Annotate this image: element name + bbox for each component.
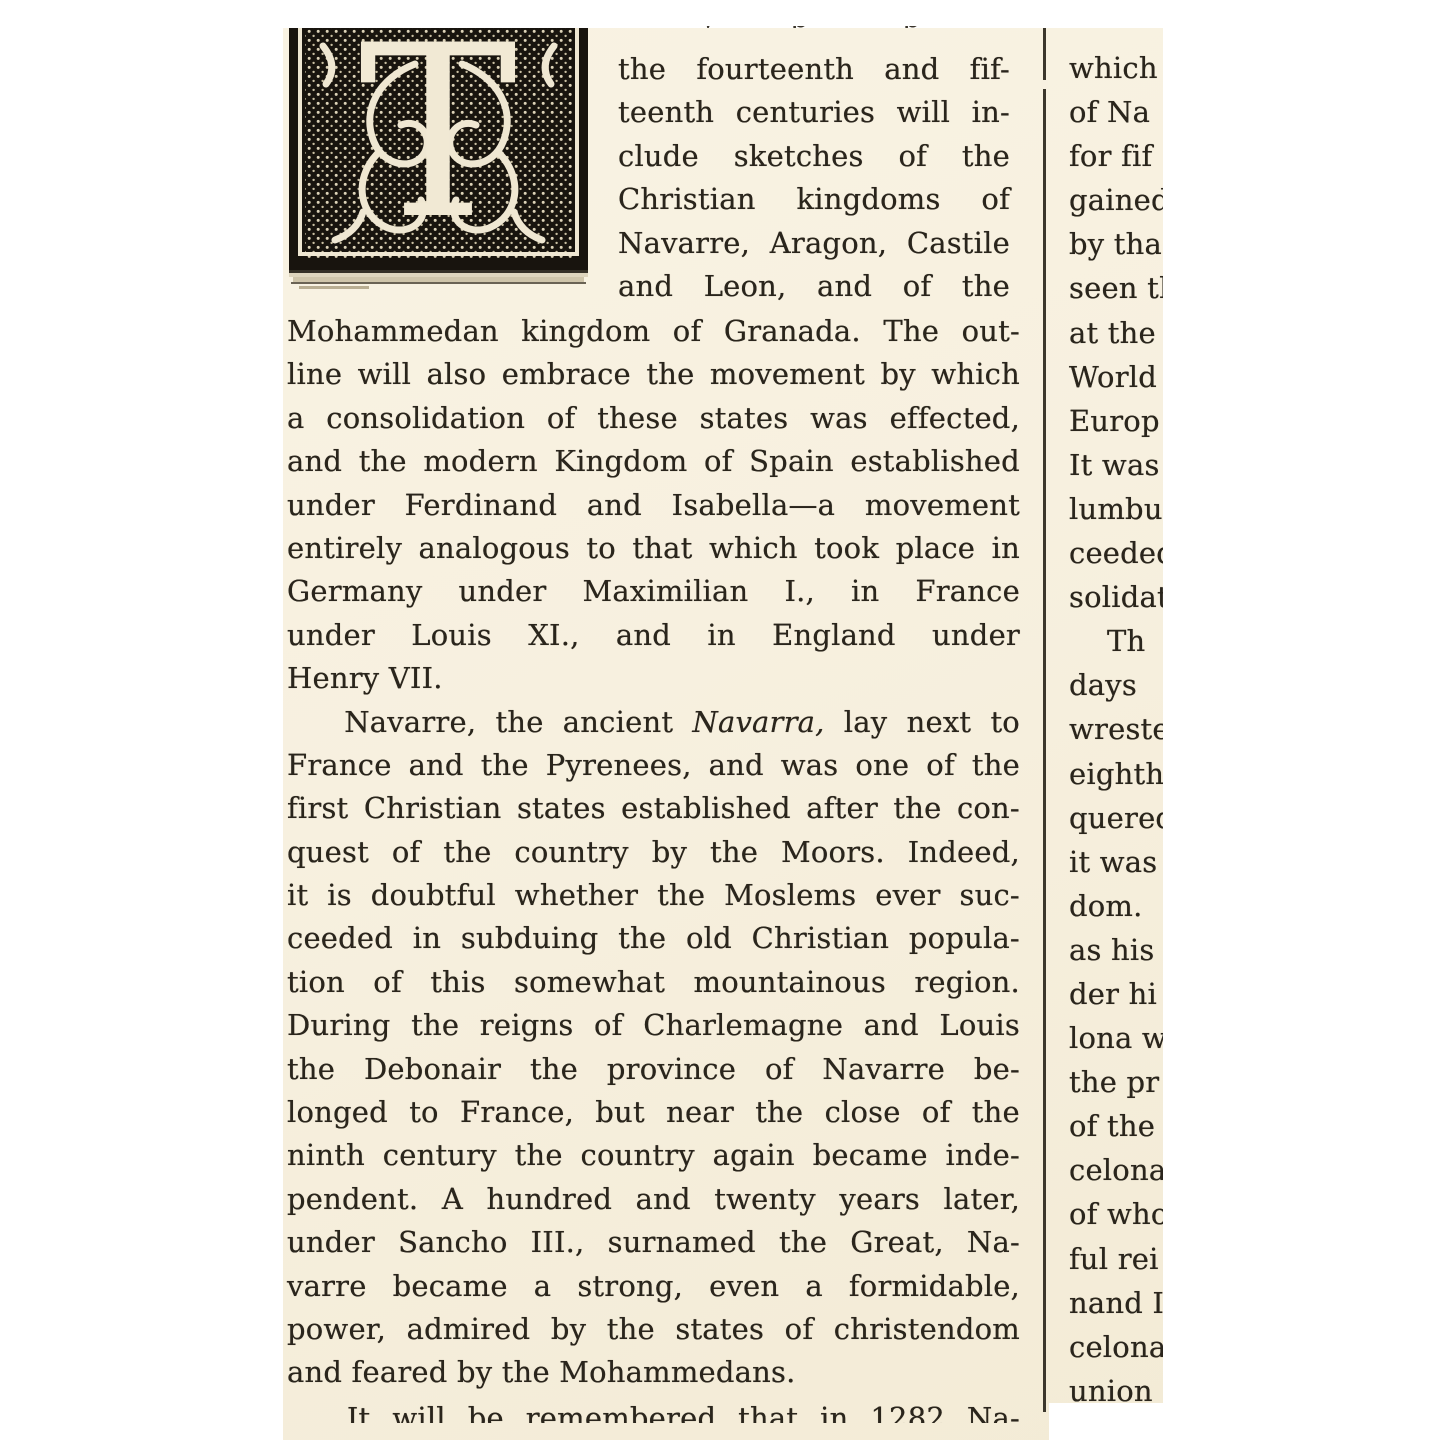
text-line: by tha	[1069, 222, 1163, 266]
drop-cap-letter: T	[359, 28, 518, 272]
text-line: lona w	[1069, 1016, 1163, 1060]
text-line: underFerdinandandIsabella—amovement	[287, 484, 1020, 527]
text-line: tionofthissomewhatmountainousregion.	[287, 961, 1020, 1004]
text-line: It was	[1069, 443, 1163, 487]
text-line: of the	[1069, 1104, 1163, 1148]
text-line: Navarre,theancientNavarra,laynextto	[287, 701, 1020, 744]
text-line: MohammedankingdomofGranada.Theout-	[287, 310, 1020, 353]
text-line: ceeded	[1069, 531, 1163, 575]
text-line: for fif	[1069, 134, 1163, 178]
text-line: dom.	[1069, 884, 1163, 928]
text-line: ful rei	[1069, 1237, 1163, 1281]
page-scan: y p p	[0, 0, 1445, 1445]
column-rule	[1043, 28, 1046, 1412]
text-line: thefourteenthandfif-	[618, 48, 1010, 91]
text-line: firstChristianstatesestablishedafterthec…	[287, 787, 1020, 830]
text-line: nand I	[1069, 1281, 1163, 1325]
text-line: which	[1069, 46, 1163, 90]
text-line: Christiankingdomsof	[618, 178, 1010, 221]
text-line: DuringthereignsofCharlemagneandLouis	[287, 1004, 1020, 1047]
text-line: questofthecountrybytheMoors.Indeed,	[287, 831, 1020, 874]
text-line: pendent.Ahundredandtwentyyearslater,	[287, 1178, 1020, 1221]
text-line: underLouisXI.,andinEnglandunder	[287, 614, 1020, 657]
text-line: Th	[1069, 619, 1163, 663]
text-line: itisdoubtfulwhethertheMoslemseversuc-	[287, 874, 1020, 917]
paper: T thefourteenthandfif-teenthcenturieswil…	[283, 28, 1163, 1440]
text-line: World	[1069, 355, 1163, 399]
text-line: entirelyanalogoustothatwhichtookplacein	[287, 527, 1020, 570]
text-line: wreste	[1069, 707, 1163, 751]
text-line: of who	[1069, 1192, 1163, 1236]
text-line: Itwillberememberedthatin1282Na-	[287, 1397, 1020, 1423]
text-line: gained	[1069, 178, 1163, 222]
text-line: quered	[1069, 796, 1163, 840]
text-line: cludesketchesofthe	[618, 135, 1010, 178]
left-column-beside-dropcap: thefourteenthandfif-teenthcenturieswilli…	[618, 48, 1010, 308]
text-line: Henry VII.	[287, 657, 1020, 700]
text-line: as his	[1069, 928, 1163, 972]
text-line: aconsolidationofthesestateswaseffected,	[287, 397, 1020, 440]
text-line: solidat	[1069, 575, 1163, 619]
text-line: andthemodernKingdomofSpainestablished	[287, 440, 1020, 483]
text-line: ninthcenturythecountryagainbecameinde-	[287, 1134, 1020, 1177]
text-line: der hi	[1069, 972, 1163, 1016]
text-line: it was	[1069, 840, 1163, 884]
text-line: Navarre,Aragon,Castile	[618, 222, 1010, 265]
text-line: teenthcenturieswillin-	[618, 91, 1010, 134]
text-line: celona	[1069, 1325, 1163, 1369]
text-line: and feared by the Mohammedans.	[287, 1351, 1020, 1394]
text-line: days	[1069, 663, 1163, 707]
drop-cap-illustration: T	[289, 28, 588, 304]
text-line: GermanyunderMaximilianI.,inFrance	[287, 570, 1020, 613]
text-line: varrebecameastrong,evenaformidable,	[287, 1265, 1020, 1308]
column-rule-break	[1041, 80, 1048, 89]
text-line: lumbu	[1069, 487, 1163, 531]
text-line: seen th	[1069, 266, 1163, 310]
text-line: theDebonairtheprovinceofNavarrebe-	[287, 1048, 1020, 1091]
text-line: longedtoFrance,butnearthecloseofthe	[287, 1091, 1020, 1134]
scan-cutoff-corner	[1049, 1403, 1163, 1440]
left-column-body: MohammedankingdomofGranada.Theout-linewi…	[287, 310, 1020, 1395]
text-line: power,admiredbythestatesofchristendom	[287, 1308, 1020, 1351]
text-line: of Na	[1069, 90, 1163, 134]
text-line: ceededinsubduingtheoldChristianpopula-	[287, 917, 1020, 960]
text-line: Europ	[1069, 399, 1163, 443]
bottom-partial-line: Itwillberememberedthatin1282Na-	[287, 1397, 1020, 1423]
drop-cap-T: T	[289, 28, 588, 304]
right-column: whichof Nafor fifgainedby thaseen that t…	[1069, 46, 1163, 1413]
text-line: FranceandthePyrenees,andwasoneofthe	[287, 744, 1020, 787]
text-line: celona	[1069, 1148, 1163, 1192]
text-line: at the	[1069, 311, 1163, 355]
text-line: eighth	[1069, 752, 1163, 796]
text-line: the pr	[1069, 1060, 1163, 1104]
text-line: linewillalsoembracethemovementbywhich	[287, 353, 1020, 396]
text-line: underSanchoIII.,surnamedtheGreat,Na-	[287, 1221, 1020, 1264]
text-line: andLeon,andofthe	[618, 265, 1010, 308]
